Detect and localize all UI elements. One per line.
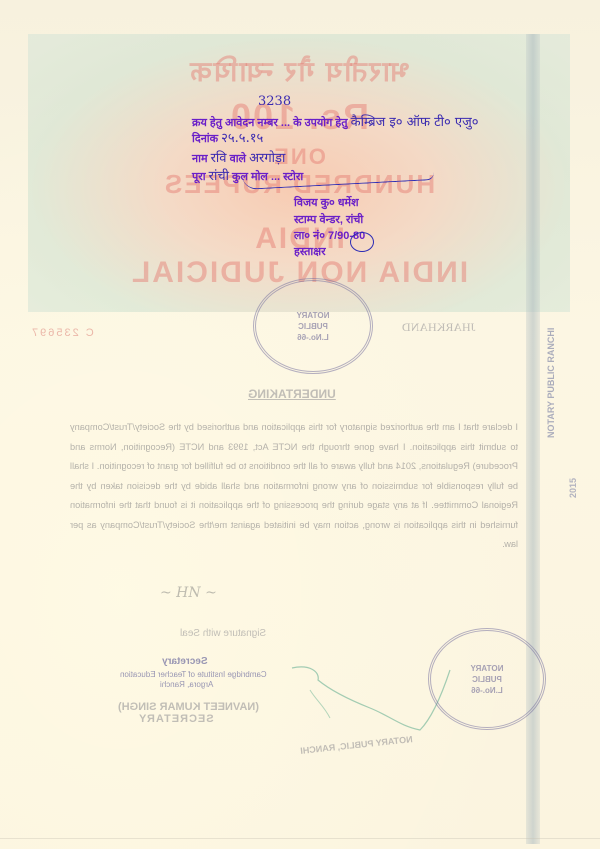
seal-organization: Cambridge Institute of Teacher Education	[120, 670, 267, 679]
seal-line: PUBLIC	[298, 321, 328, 332]
endorsement-date: २५.५.१५	[221, 131, 263, 146]
stamp-hindi-header: भारतीय गैर न्यायिक	[28, 52, 570, 90]
seal-title: Secretary	[162, 656, 208, 667]
endorsement-value-1: कैम्ब्रिज इ० ऑफ टी० एजु०	[351, 115, 479, 130]
seal-line: L.No.-66	[297, 332, 329, 343]
endorsement-label-4: पूरा	[192, 171, 206, 183]
seal-place: Argora, Ranchi	[160, 680, 213, 689]
signatory-name: (NAVNEET KUMAR SINGH)	[118, 701, 259, 713]
side-notary-stamp: NOTARY PUBLIC RANCHI	[546, 318, 576, 438]
seal-line: NOTARY	[471, 663, 504, 674]
state-name: JHARKHAND	[402, 320, 475, 335]
seal-line: PUBLIC	[472, 674, 502, 685]
seal-line: NOTARY	[297, 310, 330, 321]
endorsement-name: रवि	[211, 151, 227, 166]
endorsement-line-3: नाम रवि वाले अरगोड़ा	[192, 148, 285, 166]
endorsement-line-2: दिनांक २५.५.१५	[192, 128, 263, 146]
endorsement-label-2: दिनांक	[192, 133, 218, 145]
handwritten-initials: ~ HN ~	[160, 585, 217, 601]
undertaking-body: I declare that I am the authorized signa…	[70, 418, 518, 555]
endorsement-label-3b: वाले	[230, 153, 246, 165]
handwritten-serial: 3238	[258, 94, 291, 109]
undertaking-heading: UNDERTAKING	[248, 387, 336, 401]
signature-label: Signature with Seal	[180, 628, 266, 639]
endorsement-city: रांची	[209, 169, 229, 184]
signatory-designation: SECRETARY	[138, 713, 214, 725]
document-page: भारतीय गैर न्यायिक Rs. 100 ONE HUNDRED R…	[0, 0, 600, 849]
notary-seal-bottom: NOTARY PUBLIC L.No.-66	[428, 628, 546, 730]
page-fold-line	[0, 838, 600, 839]
notary-seal-top: NOTARY PUBLIC L.No.-66	[253, 278, 373, 374]
stamp-serial-number: C 235697	[30, 327, 94, 339]
endorsement-label-3: नाम	[192, 153, 208, 165]
vendor-signature-mark	[350, 232, 374, 252]
seal-line: L.No.-66	[471, 685, 503, 696]
side-stamp-date: 2015	[568, 478, 578, 498]
endorsement-locality: अरगोड़ा	[249, 151, 285, 166]
scan-edge-strip	[526, 34, 540, 844]
vendor-name: विजय कु० धर्मेश	[294, 195, 359, 210]
vendor-place: स्टाम्प वेन्डर, रांची	[294, 212, 363, 227]
vendor-sign-label: हस्ताक्षर	[294, 244, 326, 259]
